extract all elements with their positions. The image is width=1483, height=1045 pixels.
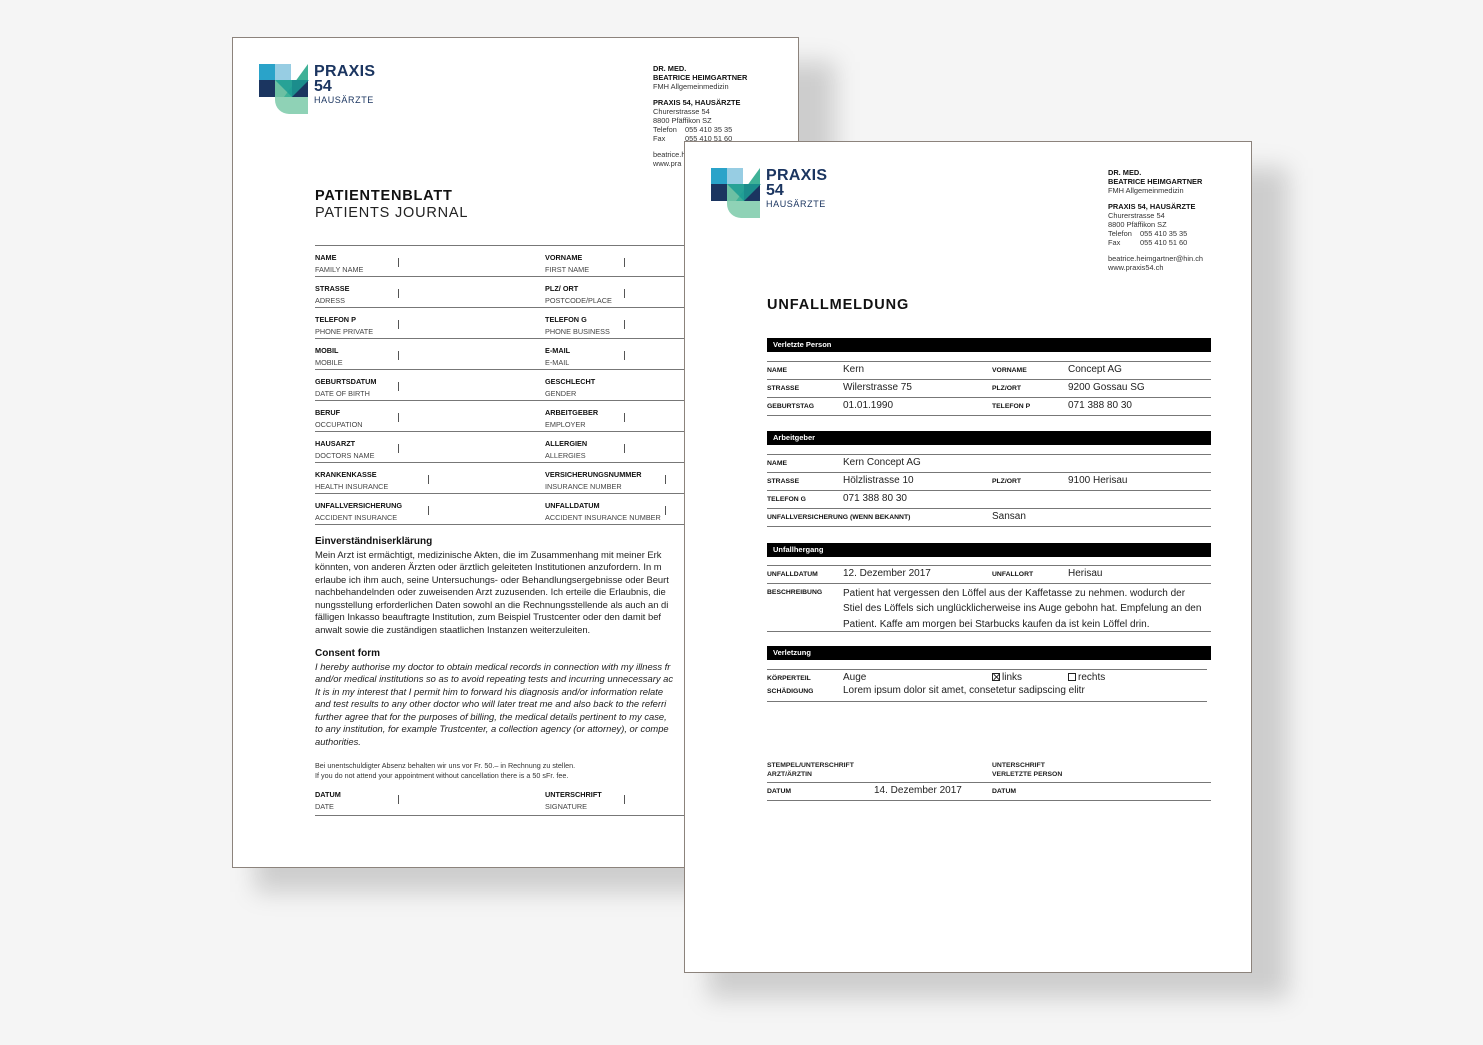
- table-row: UNFALLVERSICHERUNG (WENN BEKANNT) Sansan: [767, 509, 1211, 527]
- signature-input[interactable]: [624, 795, 625, 804]
- accident-table: UNFALLDATUM 12. Dezember 2017 UNFALLORT …: [767, 565, 1211, 632]
- field-label: UNFALLDATUM: [545, 500, 661, 512]
- field-label: GEBURTSDATUM: [315, 376, 376, 388]
- employer-street-value[interactable]: Hölzlistrasse 10: [843, 475, 914, 486]
- injured-name-value[interactable]: Kern: [843, 364, 864, 375]
- damage-value[interactable]: Lorem ipsum dolor sit amet, consetetur s…: [843, 685, 1085, 696]
- logo-text-hausaerzte: HAUSÄRZTE: [766, 199, 827, 210]
- field-label: VERSICHERUNGSNUMMER: [545, 469, 642, 481]
- accident-description-value[interactable]: Patient hat vergessen den Löffel aus der…: [843, 586, 1203, 632]
- employer-city-value[interactable]: 9100 Herisau: [1068, 475, 1127, 486]
- side-left-checkbox[interactable]: links: [992, 672, 1022, 683]
- praxis-logo: PRAXIS 54 HAUSÄRZTE: [259, 64, 375, 114]
- accident-date-value[interactable]: 12. Dezember 2017: [843, 568, 931, 579]
- field-label: PLZ/ ORT: [545, 283, 612, 295]
- field-label: TELEFON P: [315, 314, 373, 326]
- logo-text-praxis: PRAXIS: [314, 64, 375, 79]
- field-label: VORNAME: [545, 252, 589, 264]
- injured-street-value[interactable]: Wilerstrasse 75: [843, 382, 912, 393]
- field-label: ALLERGIEN: [545, 438, 587, 450]
- table-row: KÖRPERTEIL Auge links rechts: [767, 670, 1207, 685]
- injured-person-table: NAME Kern VORNAME Concept AG STRASSE Wil…: [767, 361, 1211, 416]
- date-input[interactable]: [398, 795, 399, 804]
- logo-text-praxis: PRAXIS: [766, 168, 827, 183]
- employer-insurance-value[interactable]: Sansan: [992, 511, 1026, 522]
- page-title: PATIENTENBLATT PATIENTS JOURNAL: [315, 188, 468, 222]
- address-block: DR. MED. BEATRICE HEIMGARTNER FMH Allgem…: [1108, 169, 1203, 273]
- field-label: GESCHLECHT: [545, 376, 595, 388]
- employer-name-value[interactable]: Kern Concept AG: [843, 457, 921, 468]
- title-en: PATIENTS JOURNAL: [315, 205, 468, 222]
- cancellation-note: Bei unentschuldigter Absenz behalten wir…: [315, 761, 575, 780]
- employer-phone-value[interactable]: 071 388 80 30: [843, 493, 907, 504]
- table-row: TELEFON G 071 388 80 30: [767, 491, 1211, 509]
- injured-signature-label: UNTERSCHRIFT VERLETZTE PERSON: [992, 761, 1062, 779]
- logo-text-hausaerzte: HAUSÄRZTE: [314, 95, 375, 106]
- page-title: UNFALLMELDUNG: [767, 297, 909, 313]
- table-row: GEBURTSTAG 01.01.1990 TELEFON P 071 388 …: [767, 398, 1211, 416]
- table-row: BESCHREIBUNG Patient hat vergessen den L…: [767, 584, 1211, 632]
- table-row: NAME Kern VORNAME Concept AG: [767, 362, 1211, 380]
- field-label: MOBIL: [315, 345, 343, 357]
- injured-firstname-value[interactable]: Concept AG: [1068, 364, 1122, 375]
- section-injured-person: Verletzte Person: [767, 338, 1211, 352]
- logo-text-54: 54: [766, 183, 827, 199]
- field-label: STRASSE: [315, 283, 349, 295]
- table-row: UNFALLDATUM 12. Dezember 2017 UNFALLORT …: [767, 566, 1211, 584]
- field-label: UNFALLVERSICHERUNG: [315, 500, 402, 512]
- title-de: PATIENTENBLATT: [315, 188, 468, 205]
- injured-phone-value[interactable]: 071 388 80 30: [1068, 400, 1132, 411]
- table-row: STRASSE Wilerstrasse 75 PLZ/ORT 9200 Gos…: [767, 380, 1211, 398]
- section-employer: Arbeitgeber: [767, 431, 1211, 445]
- side-right-checkbox[interactable]: rechts: [1068, 672, 1105, 683]
- practice-web[interactable]: www.praxis54.ch: [1108, 264, 1203, 273]
- field-label: NAME: [315, 252, 363, 264]
- field-input[interactable]: [665, 506, 666, 515]
- field-input[interactable]: [624, 258, 625, 267]
- doctor-specialty: FMH Allgemeinmedizin: [653, 83, 747, 92]
- field-input[interactable]: [624, 289, 625, 298]
- logo-mark-icon: [259, 64, 308, 114]
- checkbox-checked-icon: [992, 673, 1000, 681]
- table-row: STRASSE Hölzlistrasse 10 PLZ/ORT 9100 He…: [767, 473, 1211, 491]
- field-label: ARBEITGEBER: [545, 407, 598, 419]
- field-input[interactable]: [398, 413, 399, 422]
- logo-text-54: 54: [314, 79, 375, 95]
- date-label: DATUM: [315, 789, 341, 801]
- field-input[interactable]: [665, 475, 666, 484]
- praxis-logo: PRAXIS 54 HAUSÄRZTE: [711, 168, 827, 218]
- injured-birthday-value[interactable]: 01.01.1990: [843, 400, 893, 411]
- injured-city-value[interactable]: 9200 Gossau SG: [1068, 382, 1145, 393]
- field-input[interactable]: [398, 351, 399, 360]
- section-injury: Verletzung: [767, 646, 1211, 660]
- accident-place-value[interactable]: Herisau: [1068, 568, 1102, 579]
- field-input[interactable]: [624, 320, 625, 329]
- field-input[interactable]: [398, 289, 399, 298]
- table-row: DATUM 14. Dezember 2017 DATUM: [767, 783, 1211, 801]
- signature-block: STEMPEL/UNTERSCHRIFT ARZT/ÄRZTIN UNTERSC…: [767, 761, 1211, 801]
- field-input[interactable]: [398, 382, 399, 391]
- table-row: SCHÄDIGUNG Lorem ipsum dolor sit amet, c…: [767, 685, 1207, 702]
- doctor-date-value[interactable]: 14. Dezember 2017: [874, 785, 962, 796]
- signature-label: UNTERSCHRIFT: [545, 789, 602, 801]
- field-label: HAUSARZT: [315, 438, 374, 450]
- logo-mark-icon: [711, 168, 760, 218]
- doctor-signature-label: STEMPEL/UNTERSCHRIFT ARZT/ÄRZTIN: [767, 761, 854, 779]
- field-input[interactable]: [428, 475, 429, 484]
- field-input[interactable]: [624, 351, 625, 360]
- field-input[interactable]: [398, 320, 399, 329]
- injury-table: KÖRPERTEIL Auge links rechts SCHÄDIGUNG …: [767, 669, 1207, 702]
- accident-report-page: PRAXIS 54 HAUSÄRZTE DR. MED. BEATRICE HE…: [684, 141, 1252, 973]
- field-label: E-MAIL: [545, 345, 570, 357]
- field-input[interactable]: [398, 444, 399, 453]
- field-label: BERUF: [315, 407, 363, 419]
- field-input[interactable]: [428, 506, 429, 515]
- field-input[interactable]: [398, 258, 399, 267]
- bodypart-value[interactable]: Auge: [843, 672, 866, 683]
- field-label: KRANKENKASSE: [315, 469, 388, 481]
- table-row: NAME Kern Concept AG: [767, 455, 1211, 473]
- field-input[interactable]: [624, 413, 625, 422]
- field-input[interactable]: [624, 444, 625, 453]
- employer-table: NAME Kern Concept AG STRASSE Hölzlistras…: [767, 454, 1211, 527]
- section-accident: Unfallhergang: [767, 543, 1211, 557]
- field-label: TELEFON G: [545, 314, 610, 326]
- checkbox-empty-icon: [1068, 673, 1076, 681]
